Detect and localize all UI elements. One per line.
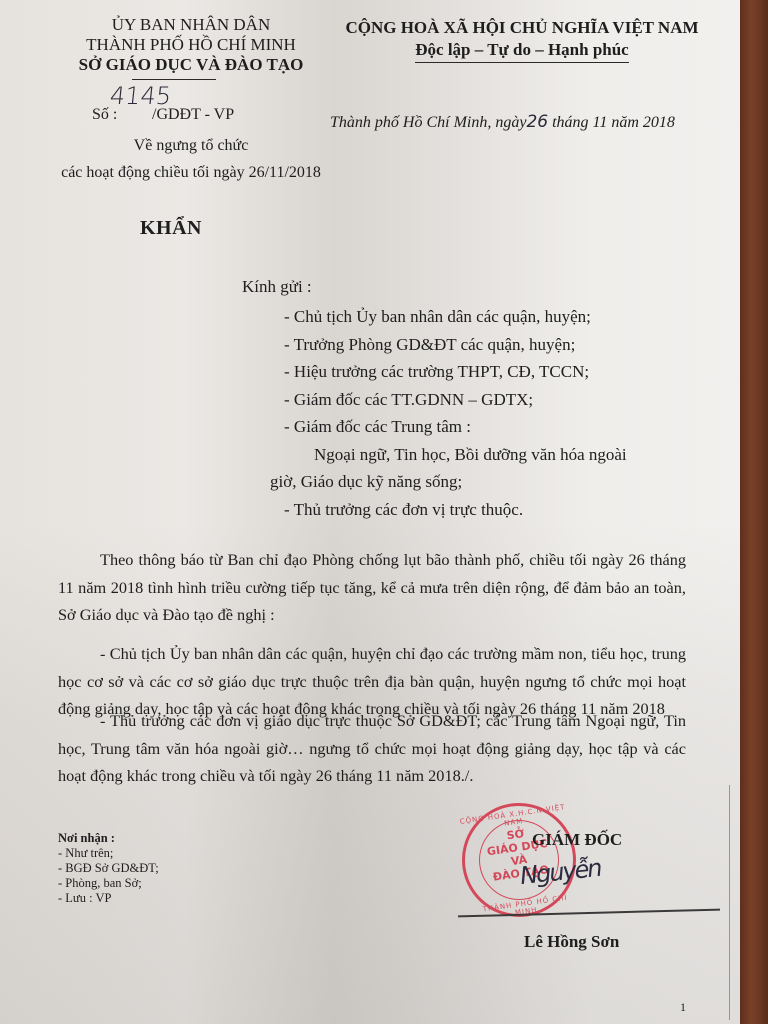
country-name: CỘNG HOÀ XÃ HỘI CHỦ NGHĨA VIỆT NAM: [322, 17, 722, 39]
distribution-item: - Lưu : VP: [58, 891, 159, 906]
recipient-subitem: Ngoại ngữ, Tin học, Bồi dưỡng văn hóa ng…: [284, 441, 627, 469]
recipient-item: - Trưởng Phòng GD&ĐT các quận, huyện;: [284, 331, 627, 359]
date-suffix: tháng 11 năm 2018: [548, 114, 675, 131]
recipient-item: - Giám đốc các Trung tâm :: [284, 413, 627, 441]
subject-block: Về ngưng tổ chức các hoạt động chiều tối…: [60, 132, 322, 186]
date-prefix: Thành phố Hồ Chí Minh, ngày: [330, 114, 526, 131]
distribution-item: - Phòng, ban Sở;: [58, 876, 159, 891]
page-number: 1: [680, 1000, 686, 1015]
recipient-subitem-continued: giờ, Giáo dục kỹ năng sống;: [270, 468, 627, 496]
authority-line-2: THÀNH PHỐ HỒ CHÍ MINH: [60, 35, 322, 55]
authority-line-1: ỦY BAN NHÂN DÂN: [60, 15, 322, 35]
national-motto: Độc lập – Tự do – Hạnh phúc: [415, 39, 628, 63]
recipient-item: - Chủ tịch Ủy ban nhân dân các quận, huy…: [284, 303, 627, 331]
department-name: SỞ GIÁO DỤC VÀ ĐÀO TẠO: [60, 55, 322, 75]
wooden-table-background: [740, 0, 768, 1024]
recipient-item: - Giám đốc các TT.GDNN – GDTX;: [284, 386, 627, 414]
recipient-item: - Hiệu trưởng các trường THPT, CĐ, TCCN;: [284, 358, 627, 386]
distribution-list: Nơi nhận : - Như trên; - BGĐ Sở GD&ĐT; -…: [58, 831, 159, 906]
document-number-suffix: /GDĐT - VP: [152, 106, 234, 124]
distribution-item: - Như trên;: [58, 846, 159, 861]
body-paragraph-1: Theo thông báo từ Ban chỉ đạo Phòng chốn…: [58, 546, 686, 629]
issuing-authority-header: ỦY BAN NHÂN DÂN THÀNH PHỐ HỒ CHÍ MINH SỞ…: [60, 15, 322, 75]
signer-name: Lê Hồng Sơn: [524, 932, 619, 952]
urgency-label: KHẨN: [140, 217, 202, 240]
recipient-item: - Thủ trưởng các đơn vị trực thuộc.: [284, 496, 627, 524]
body-paragraph-3: - Thủ trưởng các đơn vị giáo dục trực th…: [58, 707, 686, 790]
handwritten-day: 26: [526, 112, 548, 132]
subject-line-1: Về ngưng tổ chức: [60, 132, 322, 159]
margin-line: [729, 785, 730, 1020]
recipient-list: - Chủ tịch Ủy ban nhân dân các quận, huy…: [284, 303, 627, 523]
salutation: Kính gửi :: [242, 277, 312, 297]
signer-title: GIÁM ĐỐC: [532, 830, 622, 850]
subject-line-2: các hoạt động chiều tối ngày 26/11/2018: [60, 159, 322, 186]
header-divider: [132, 79, 216, 80]
date-line: Thành phố Hồ Chí Minh, ngày26 tháng 11 n…: [330, 112, 675, 132]
distribution-title: Nơi nhận :: [58, 831, 159, 846]
distribution-item: - BGĐ Sở GD&ĐT;: [58, 861, 159, 876]
national-header: CỘNG HOÀ XÃ HỘI CHỦ NGHĨA VIỆT NAM Độc l…: [322, 17, 722, 63]
